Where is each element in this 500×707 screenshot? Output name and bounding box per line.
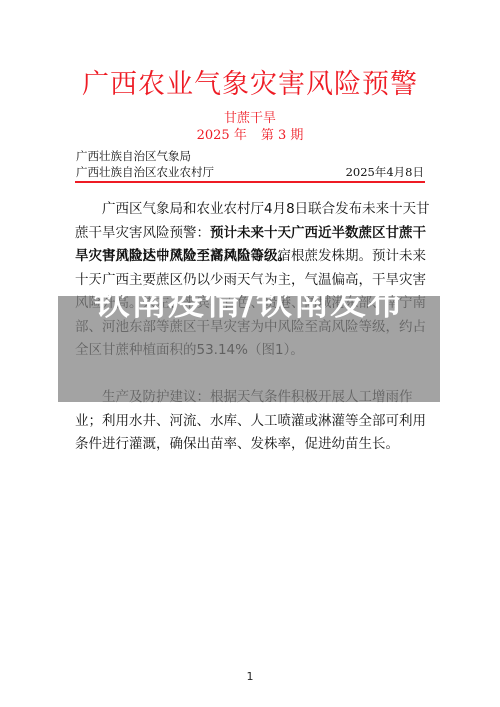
- issuer-meteorological-bureau: 广西壮族自治区气象局: [76, 148, 191, 164]
- watermark-text: 钦南疫情/钦南发布: [58, 278, 440, 328]
- issue-line: 2025 年第 3 期: [0, 124, 500, 143]
- issue-date: 2025年4月8日: [346, 164, 424, 180]
- page-number: 1: [0, 670, 500, 683]
- red-divider: [75, 181, 425, 183]
- document-title: 广西农业气象灾害风险预警: [0, 62, 500, 101]
- issue-number: 第 3 期: [261, 128, 304, 143]
- issue-year: 2025 年: [197, 128, 247, 143]
- document-page: 广西农业气象灾害风险预警 甘蔗干旱 2025 年第 3 期 广西壮族自治区气象局…: [0, 0, 500, 707]
- issuer-agriculture-department: 广西壮族自治区农业农村厅: [76, 164, 214, 180]
